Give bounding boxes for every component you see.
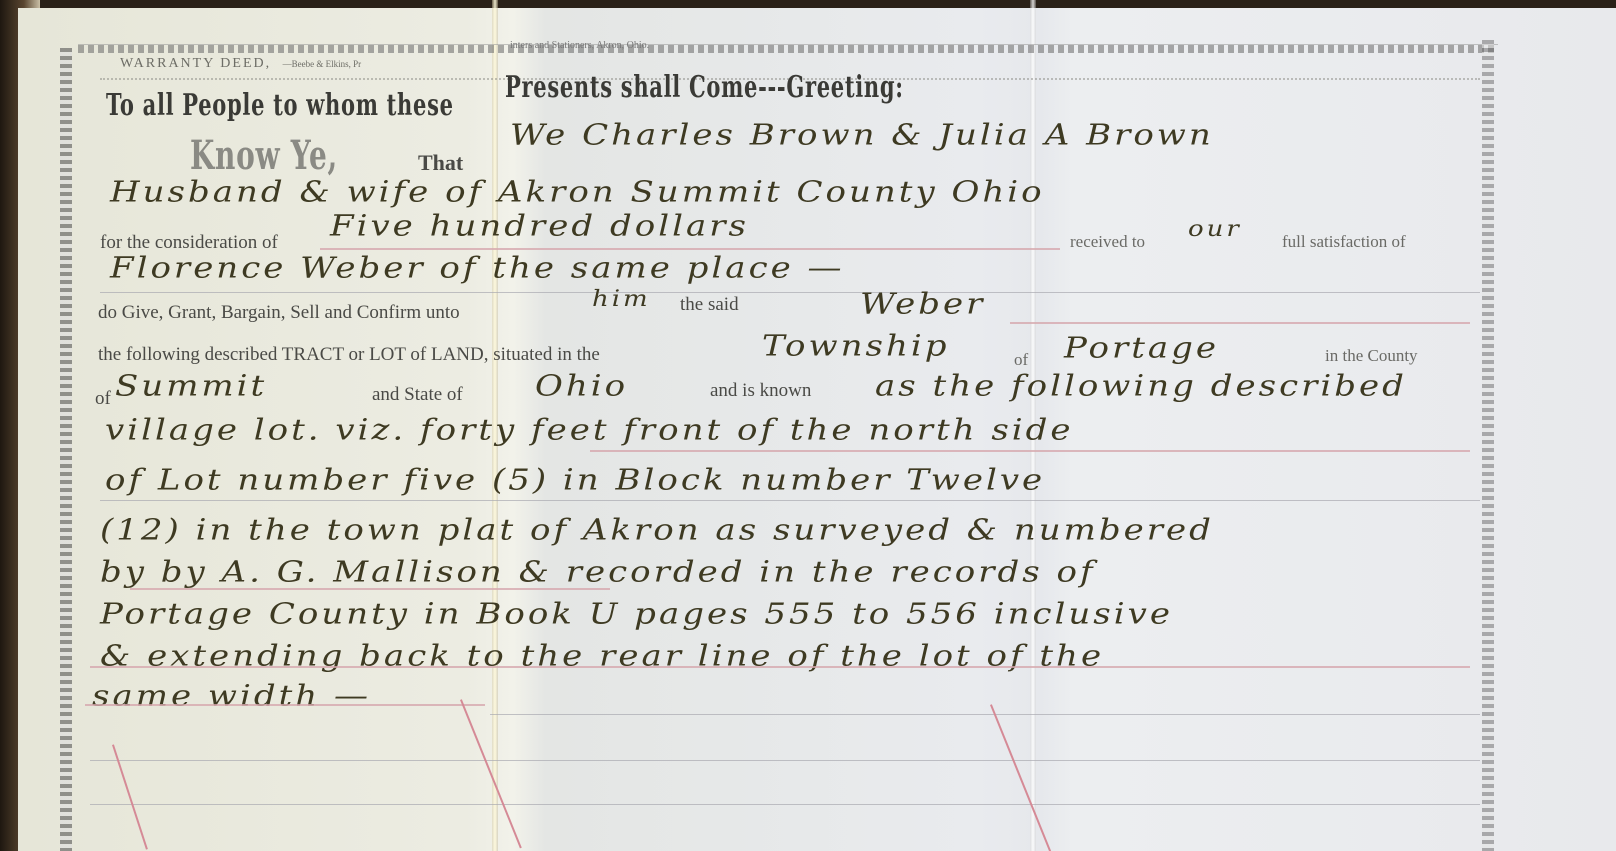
ornamental-border-right — [1482, 40, 1494, 851]
grantors-line-1: We Charles Brown & Julia A Brown — [510, 118, 1214, 152]
greeting-left: To all People to whom these — [106, 88, 454, 123]
fill-line — [320, 248, 1060, 250]
grantee-surname: Weber — [860, 287, 985, 321]
the-said-label: the said — [680, 294, 739, 316]
blank-line — [90, 760, 1480, 761]
description-line-7: same width — — [92, 679, 371, 713]
and-is-known-label: and is known — [710, 380, 811, 402]
portage: Portage — [1064, 331, 1219, 365]
description-line-1: village lot. viz. forty feet front of th… — [105, 413, 1074, 447]
form-header: WARRANTY DEED, —Beebe & Elkins, Pr — [120, 56, 361, 72]
fill-line — [130, 588, 610, 590]
ornamental-border-top — [78, 44, 1498, 53]
received-to-label: received to — [1070, 232, 1145, 252]
publisher-left: —Beebe & Elkins, Pr — [283, 59, 362, 69]
and-state-of-label: and State of — [372, 384, 463, 406]
know-ye: Know Ye, — [190, 132, 338, 179]
description-line-2: of Lot number five (5) in Block number T… — [105, 463, 1045, 497]
grantors-line-2: Husband & wife of Akron Summit County Oh… — [110, 175, 1045, 209]
of-county-label: of — [95, 388, 111, 410]
grantee-line: Florence Weber of the same place — — [110, 251, 845, 285]
county: Summit — [115, 369, 267, 403]
that-label: That — [418, 150, 463, 176]
fill-line — [90, 666, 1470, 668]
fill-line — [590, 450, 1470, 452]
form-title: WARRANTY DEED, — [120, 56, 271, 71]
do-give-label: do Give, Grant, Bargain, Sell and Confir… — [98, 302, 460, 324]
blank-line — [90, 804, 1480, 805]
ornamental-border-left — [60, 48, 72, 851]
in-the-county-label: in the County — [1325, 346, 1418, 366]
description-line-4: by by A. G. Mallison & recorded in the r… — [100, 555, 1096, 589]
description-line-3: (12) in the town plat of Akron as survey… — [100, 513, 1214, 547]
amount: Five hundred dollars — [330, 209, 749, 243]
our: our — [1188, 216, 1242, 242]
fill-line — [1010, 322, 1470, 324]
him: him — [592, 286, 651, 312]
state: Ohio — [535, 369, 628, 403]
publisher-right: inters and Stationers, Akron, Ohio. — [510, 40, 649, 51]
fill-line — [100, 500, 1480, 501]
description-line-5: Portage County in Book U pages 555 to 55… — [100, 597, 1173, 631]
of-label: of — [1014, 350, 1028, 370]
township: Township — [762, 329, 950, 363]
known-as: as the following described — [875, 369, 1407, 403]
tract-label: the following described TRACT or LOT of … — [98, 344, 600, 366]
fill-line — [85, 704, 485, 706]
fill-line — [100, 292, 1480, 293]
greeting-right: Presents shall Come---Greeting: — [505, 70, 904, 105]
full-satisfaction-label: full satisfaction of — [1282, 232, 1406, 252]
blank-line — [490, 714, 1480, 715]
